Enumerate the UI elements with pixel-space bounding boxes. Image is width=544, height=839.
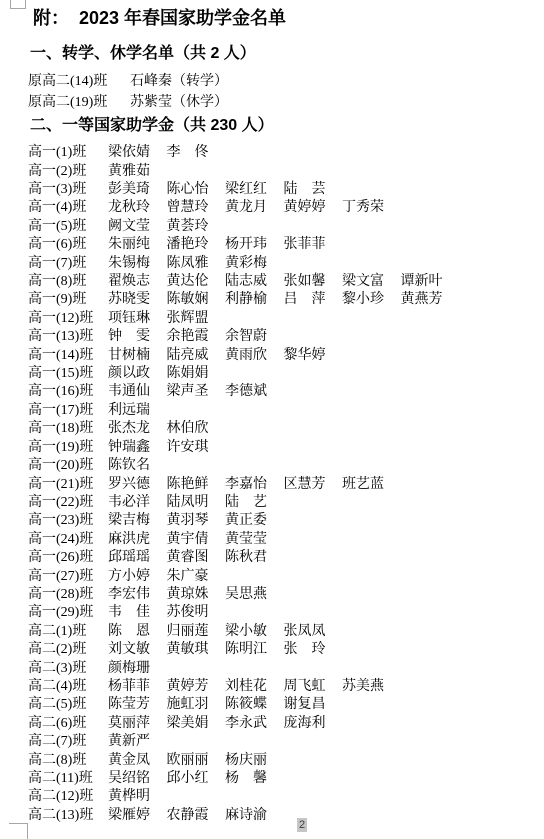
scholarship-row: 高一(5)班 阙文莹黄荟玲 xyxy=(28,216,459,234)
student-name: 阙文莹 xyxy=(108,215,167,235)
class-label: 原高二(14)班 xyxy=(28,70,130,90)
student-name: 陈心怡 xyxy=(167,178,226,198)
student-name: 甘树楠 xyxy=(108,344,167,364)
student-name: 梁红红 xyxy=(225,178,284,198)
class-label: 高一(8)班 xyxy=(28,270,108,290)
student-name: 张 玲 xyxy=(284,638,343,658)
class-label: 高一(24)班 xyxy=(28,528,108,548)
student-name: 黄达伦 xyxy=(167,270,226,290)
scholarship-row: 高一(8)班 翟焕志黄达伦陆志威张如馨梁文富谭新叶 xyxy=(28,271,459,289)
student-name: 苏美燕 xyxy=(342,675,401,695)
names-group: 黄新严 xyxy=(108,730,167,750)
transfer-row: 原高二(19)班 苏紫莹（休学） xyxy=(28,91,228,112)
scholarship-row: 高一(27)班 方小婷朱广豪 xyxy=(28,565,459,583)
student-name: 黄彩梅 xyxy=(225,252,284,272)
student-name: 黄婷婷 xyxy=(284,196,343,216)
student-name: 黄琼姝 xyxy=(167,583,226,603)
student-name: 余智蔚 xyxy=(225,325,284,345)
student-name: 韦 佳 xyxy=(108,601,167,621)
scholarship-row: 高一(1)班 梁依婧李 佟 xyxy=(28,142,459,160)
names-group: 麻洪虎黄宇倩黄莹莹 xyxy=(108,528,284,548)
student-name: 苏晓雯 xyxy=(108,288,167,308)
student-name: 黄睿图 xyxy=(167,546,226,566)
scholarship-row: 高一(28)班 李宏伟黄琼姝吴思燕 xyxy=(28,584,459,602)
student-name: 区慧芳 xyxy=(284,473,343,493)
student-name: 陆亮威 xyxy=(167,344,226,364)
scholarship-row: 高一(13)班 钟 雯余艳霞余智蔚 xyxy=(28,326,459,344)
student-name: 黄荟玲 xyxy=(167,215,226,235)
student-name: 黄婷芳 xyxy=(167,675,226,695)
scholarship-row: 高一(4)班 龙秋玲曾慧玲黄龙月黄婷婷丁秀荣 xyxy=(28,197,459,215)
names-group: 利远瑞 xyxy=(108,399,167,419)
names-group: 彭美琦陈心怡梁红红陆 芸 xyxy=(108,178,342,198)
student-name: 陈敏娴 xyxy=(167,288,226,308)
scholarship-row: 高一(19)班 钟瑞鑫许安琪 xyxy=(28,437,459,455)
names-group: 梁依婧李 佟 xyxy=(108,141,225,161)
student-name: 梁依婧 xyxy=(108,141,167,161)
student-name: 黄新严 xyxy=(108,730,167,750)
student-name: 翟焕志 xyxy=(108,270,167,290)
student-name: 陈娟娟 xyxy=(167,362,226,382)
student-name: 颜以政 xyxy=(108,362,167,382)
names-group: 陈 恩归丽莲梁小敏张凤凤 xyxy=(108,620,342,640)
student-name: 石峰秦（转学） xyxy=(130,70,228,90)
student-name: 黄龙月 xyxy=(225,196,284,216)
class-label: 高一(4)班 xyxy=(28,196,108,216)
scholarship-row: 高一(2)班 黄雅茹 xyxy=(28,160,459,178)
class-label: 高一(2)班 xyxy=(28,160,108,180)
class-label: 高一(13)班 xyxy=(28,325,108,345)
names-group: 朱锡梅陈凤雅黄彩梅 xyxy=(108,252,284,272)
student-name: 罗兴德 xyxy=(108,473,167,493)
class-label: 高二(8)班 xyxy=(28,749,108,769)
student-name: 韦通仙 xyxy=(108,380,167,400)
names-group: 罗兴德陈艳鲜李嘉怡区慧芳班艺蓝 xyxy=(108,473,401,493)
student-name: 杨庆丽 xyxy=(225,749,284,769)
student-name: 李永武 xyxy=(225,712,284,732)
names-group: 陈莹芳施虹羽陈筱蝶谢复昌 xyxy=(108,693,342,713)
names-group: 朱丽纯潘艳玲杨开玮张菲菲 xyxy=(108,233,342,253)
student-name: 陆志威 xyxy=(225,270,284,290)
scholarship-section-heading: 二、一等国家助学金（共 230 人） xyxy=(30,116,274,136)
names-group: 方小婷朱广豪 xyxy=(108,565,225,585)
student-name: 潘艳玲 xyxy=(167,233,226,253)
student-name: 林伯欣 xyxy=(167,417,226,437)
student-name: 陆 艺 xyxy=(225,491,284,511)
student-name: 朱丽纯 xyxy=(108,233,167,253)
names-group: 杨菲菲黄婷芳刘桂花周飞虹苏美燕 xyxy=(108,675,401,695)
scholarship-row: 高一(3)班 彭美琦陈心怡梁红红陆 芸 xyxy=(28,179,459,197)
scholarship-row: 高一(22)班 韦必洋陆凤明陆 艺 xyxy=(28,492,459,510)
student-name: 陈秋君 xyxy=(225,546,284,566)
class-label: 高一(18)班 xyxy=(28,417,108,437)
class-label: 高二(2)班 xyxy=(28,638,108,658)
names-group: 邱瑶瑶黄睿图陈秋君 xyxy=(108,546,284,566)
scholarship-row: 高二(5)班 陈莹芳施虹羽陈筱蝶谢复昌 xyxy=(28,694,459,712)
student-name: 杨 馨 xyxy=(225,767,284,787)
student-name: 邱小红 xyxy=(167,767,226,787)
student-name: 欧丽丽 xyxy=(167,749,226,769)
student-name: 杨菲菲 xyxy=(108,675,167,695)
class-label: 高二(3)班 xyxy=(28,657,108,677)
class-label: 高一(19)班 xyxy=(28,436,108,456)
student-name: 黄金凤 xyxy=(108,749,167,769)
scholarship-row: 高一(26)班 邱瑶瑶黄睿图陈秋君 xyxy=(28,547,459,565)
student-name: 朱锡梅 xyxy=(108,252,167,272)
student-name: 曾慧玲 xyxy=(167,196,226,216)
class-label: 高一(23)班 xyxy=(28,509,108,529)
student-name: 陈明江 xyxy=(225,638,284,658)
class-label: 高二(4)班 xyxy=(28,675,108,695)
names-group: 钟瑞鑫许安琪 xyxy=(108,436,225,456)
scholarship-row: 高二(7)班 黄新严 xyxy=(28,731,459,749)
scholarship-row: 高二(3)班 颜梅珊 xyxy=(28,657,459,675)
names-group: 梁雁婷农静霞麻诗渝 xyxy=(108,804,284,824)
names-group: 吴绍铭邱小红杨 馨 xyxy=(108,767,284,787)
student-name: 李宏伟 xyxy=(108,583,167,603)
scholarship-row: 高一(21)班 罗兴德陈艳鲜李嘉怡区慧芳班艺蓝 xyxy=(28,473,459,491)
names-group: 张杰龙林伯欣 xyxy=(108,417,225,437)
class-label: 高二(5)班 xyxy=(28,693,108,713)
class-label: 高二(11)班 xyxy=(28,767,108,787)
class-label: 高一(29)班 xyxy=(28,601,108,621)
class-label: 高一(20)班 xyxy=(28,454,108,474)
class-label: 高一(17)班 xyxy=(28,399,108,419)
scholarship-list: 高一(1)班 梁依婧李 佟 高一(2)班 黄雅茹 高一(3)班 彭美琦陈心怡梁红… xyxy=(28,142,459,823)
student-name: 项钰琳 xyxy=(108,307,167,327)
class-label: 高二(13)班 xyxy=(28,804,108,824)
student-name: 梁美娟 xyxy=(167,712,226,732)
scholarship-row: 高二(6)班 莫丽萍梁美娟李永武庞海利 xyxy=(28,713,459,731)
scholarship-row: 高一(24)班 麻洪虎黄宇倩黄莹莹 xyxy=(28,529,459,547)
scholarship-row: 高二(8)班 黄金凤欧丽丽杨庆丽 xyxy=(28,749,459,767)
scholarship-row: 高一(23)班 梁吉梅黄羽琴黄正委 xyxy=(28,510,459,528)
student-name: 陈凤雅 xyxy=(167,252,226,272)
names-group: 龙秋玲曾慧玲黄龙月黄婷婷丁秀荣 xyxy=(108,196,401,216)
class-label: 高一(14)班 xyxy=(28,344,108,364)
student-name: 张杰龙 xyxy=(108,417,167,437)
class-label: 高二(6)班 xyxy=(28,712,108,732)
names-group: 甘树楠陆亮威黄雨欣黎华婷 xyxy=(108,344,342,364)
scholarship-row: 高一(7)班 朱锡梅陈凤雅黄彩梅 xyxy=(28,252,459,270)
scholarship-row: 高一(12)班 项钰琳张辉盟 xyxy=(28,308,459,326)
class-label: 高二(7)班 xyxy=(28,730,108,750)
class-label: 高一(3)班 xyxy=(28,178,108,198)
scholarship-row: 高二(1)班 陈 恩归丽莲梁小敏张凤凤 xyxy=(28,621,459,639)
student-name: 吕 萍 xyxy=(284,288,343,308)
class-label: 高一(15)班 xyxy=(28,362,108,382)
names-group: 翟焕志黄达伦陆志威张如馨梁文富谭新叶 xyxy=(108,270,459,290)
student-name: 黄燕芳 xyxy=(401,288,460,308)
names-group: 颜梅珊 xyxy=(108,657,167,677)
student-name: 颜梅珊 xyxy=(108,657,167,677)
student-name: 梁雁婷 xyxy=(108,804,167,824)
class-label: 高一(7)班 xyxy=(28,252,108,272)
names-group: 刘文敏黄敏琪陈明江张 玲 xyxy=(108,638,342,658)
names-group: 苏晓雯陈敏娴利静榆吕 萍黎小珍黄燕芳 xyxy=(108,288,459,308)
student-name: 陈钦名 xyxy=(108,454,167,474)
student-name: 黄雅茹 xyxy=(108,160,167,180)
student-name: 吴绍铭 xyxy=(108,767,167,787)
names-group: 项钰琳张辉盟 xyxy=(108,307,225,327)
class-label: 高二(1)班 xyxy=(28,620,108,640)
names-group: 黄金凤欧丽丽杨庆丽 xyxy=(108,749,284,769)
names-group: 李宏伟黄琼姝吴思燕 xyxy=(108,583,284,603)
scholarship-row: 高一(18)班 张杰龙林伯欣 xyxy=(28,418,459,436)
student-name: 黄雨欣 xyxy=(225,344,284,364)
class-label: 高二(12)班 xyxy=(28,785,108,805)
class-label: 高一(27)班 xyxy=(28,565,108,585)
text-boundary-mark-vertical xyxy=(27,823,28,839)
student-name: 朱广豪 xyxy=(167,565,226,585)
student-name: 梁小敏 xyxy=(225,620,284,640)
page-edge-artifact xyxy=(10,0,26,9)
student-name: 施虹羽 xyxy=(167,693,226,713)
student-name: 黄羽琴 xyxy=(167,509,226,529)
scholarship-row: 高一(29)班 韦 佳苏俊明 xyxy=(28,602,459,620)
student-name: 张如馨 xyxy=(284,270,343,290)
student-name: 庞海利 xyxy=(284,712,343,732)
class-label: 高一(28)班 xyxy=(28,583,108,603)
names-group: 陈钦名 xyxy=(108,454,167,474)
student-name: 李 佟 xyxy=(167,141,226,161)
student-name: 麻洪虎 xyxy=(108,528,167,548)
class-label: 高一(22)班 xyxy=(28,491,108,511)
scholarship-row: 高二(2)班 刘文敏黄敏琪陈明江张 玲 xyxy=(28,639,459,657)
scholarship-row: 高一(16)班 韦通仙梁声圣李德斌 xyxy=(28,381,459,399)
student-name: 刘桂花 xyxy=(225,675,284,695)
student-name: 周飞虹 xyxy=(284,675,343,695)
scholarship-row: 高一(9)班 苏晓雯陈敏娴利静榆吕 萍黎小珍黄燕芳 xyxy=(28,289,459,307)
student-name: 陆 芸 xyxy=(284,178,343,198)
student-name: 陈 恩 xyxy=(108,620,167,640)
names-group: 韦通仙梁声圣李德斌 xyxy=(108,380,284,400)
student-name: 黄敏琪 xyxy=(167,638,226,658)
student-name: 梁吉梅 xyxy=(108,509,167,529)
student-name: 黎小珍 xyxy=(342,288,401,308)
class-label: 高一(12)班 xyxy=(28,307,108,327)
student-name: 陆凤明 xyxy=(167,491,226,511)
scholarship-row: 高二(4)班 杨菲菲黄婷芳刘桂花周飞虹苏美燕 xyxy=(28,676,459,694)
class-label: 高一(5)班 xyxy=(28,215,108,235)
names-group: 梁吉梅黄羽琴黄正委 xyxy=(108,509,284,529)
student-name: 李嘉怡 xyxy=(225,473,284,493)
student-name: 黄桦明 xyxy=(108,785,167,805)
names-group: 莫丽萍梁美娟李永武庞海利 xyxy=(108,712,342,732)
student-name: 苏俊明 xyxy=(167,601,226,621)
student-name: 陈莹芳 xyxy=(108,693,167,713)
student-name: 丁秀荣 xyxy=(342,196,401,216)
names-group: 黄桦明 xyxy=(108,785,167,805)
scholarship-row: 高二(13)班 梁雁婷农静霞麻诗渝 xyxy=(28,805,459,823)
student-name: 邱瑶瑶 xyxy=(108,546,167,566)
names-group: 钟 雯余艳霞余智蔚 xyxy=(108,325,284,345)
scholarship-row: 高一(15)班 颜以政陈娟娟 xyxy=(28,363,459,381)
student-name: 张菲菲 xyxy=(284,233,343,253)
student-name: 陈筱蝶 xyxy=(225,693,284,713)
class-label: 高一(1)班 xyxy=(28,141,108,161)
student-name: 苏紫莹（休学） xyxy=(130,91,228,111)
student-name: 莫丽萍 xyxy=(108,712,167,732)
scholarship-row: 高二(11)班 吴绍铭邱小红杨 馨 xyxy=(28,768,459,786)
scholarship-row: 高一(6)班 朱丽纯潘艳玲杨开玮张菲菲 xyxy=(28,234,459,252)
student-name: 黄莹莹 xyxy=(225,528,284,548)
scholarship-row: 高一(17)班 利远瑞 xyxy=(28,400,459,418)
student-name: 麻诗渝 xyxy=(225,804,284,824)
student-name: 农静霞 xyxy=(167,804,226,824)
student-name: 班艺蓝 xyxy=(342,473,401,493)
student-name: 杨开玮 xyxy=(225,233,284,253)
student-name: 吴思燕 xyxy=(225,583,284,603)
transfer-list: 原高二(14)班 石峰秦（转学） 原高二(19)班 苏紫莹（休学） xyxy=(28,70,228,111)
class-label: 高一(21)班 xyxy=(28,473,108,493)
scholarship-row: 高一(14)班 甘树楠陆亮威黄雨欣黎华婷 xyxy=(28,344,459,362)
student-name: 黄正委 xyxy=(225,509,284,529)
scholarship-row: 高二(12)班 黄桦明 xyxy=(28,786,459,804)
student-name: 刘文敏 xyxy=(108,638,167,658)
text-boundary-mark-horizontal xyxy=(9,823,28,824)
student-name: 黄宇倩 xyxy=(167,528,226,548)
names-group: 黄雅茹 xyxy=(108,160,167,180)
student-name: 归丽莲 xyxy=(167,620,226,640)
transfer-section-heading: 一、转学、休学名单（共 2 人） xyxy=(30,44,256,64)
student-name: 钟瑞鑫 xyxy=(108,436,167,456)
student-name: 方小婷 xyxy=(108,565,167,585)
scholarship-row: 高一(20)班 陈钦名 xyxy=(28,455,459,473)
student-name: 龙秋玲 xyxy=(108,196,167,216)
student-name: 李德斌 xyxy=(225,380,284,400)
student-name: 余艳霞 xyxy=(167,325,226,345)
class-label: 高一(26)班 xyxy=(28,546,108,566)
class-label: 高一(6)班 xyxy=(28,233,108,253)
document-title: 附： 2023 年春国家助学金名单 xyxy=(33,7,286,29)
page-number-field: 2 xyxy=(297,818,307,832)
student-name: 梁文富 xyxy=(342,270,401,290)
student-name: 彭美琦 xyxy=(108,178,167,198)
class-label: 原高二(19)班 xyxy=(28,91,130,111)
student-name: 利静榆 xyxy=(225,288,284,308)
student-name: 许安琪 xyxy=(167,436,226,456)
names-group: 韦 佳苏俊明 xyxy=(108,601,225,621)
student-name: 韦必洋 xyxy=(108,491,167,511)
student-name: 黎华婷 xyxy=(284,344,343,364)
student-name: 张辉盟 xyxy=(167,307,226,327)
transfer-row: 原高二(14)班 石峰秦（转学） xyxy=(28,70,228,91)
names-group: 阙文莹黄荟玲 xyxy=(108,215,225,235)
student-name: 张凤凤 xyxy=(284,620,343,640)
student-name: 梁声圣 xyxy=(167,380,226,400)
names-group: 颜以政陈娟娟 xyxy=(108,362,225,382)
student-name: 谢复昌 xyxy=(284,693,343,713)
class-label: 高一(16)班 xyxy=(28,380,108,400)
document-page: 附： 2023 年春国家助学金名单 一、转学、休学名单（共 2 人） 原高二(1… xyxy=(0,0,544,839)
student-name: 钟 雯 xyxy=(108,325,167,345)
student-name: 陈艳鲜 xyxy=(167,473,226,493)
student-name: 谭新叶 xyxy=(401,270,460,290)
names-group: 韦必洋陆凤明陆 艺 xyxy=(108,491,284,511)
class-label: 高一(9)班 xyxy=(28,288,108,308)
student-name: 利远瑞 xyxy=(108,399,167,419)
